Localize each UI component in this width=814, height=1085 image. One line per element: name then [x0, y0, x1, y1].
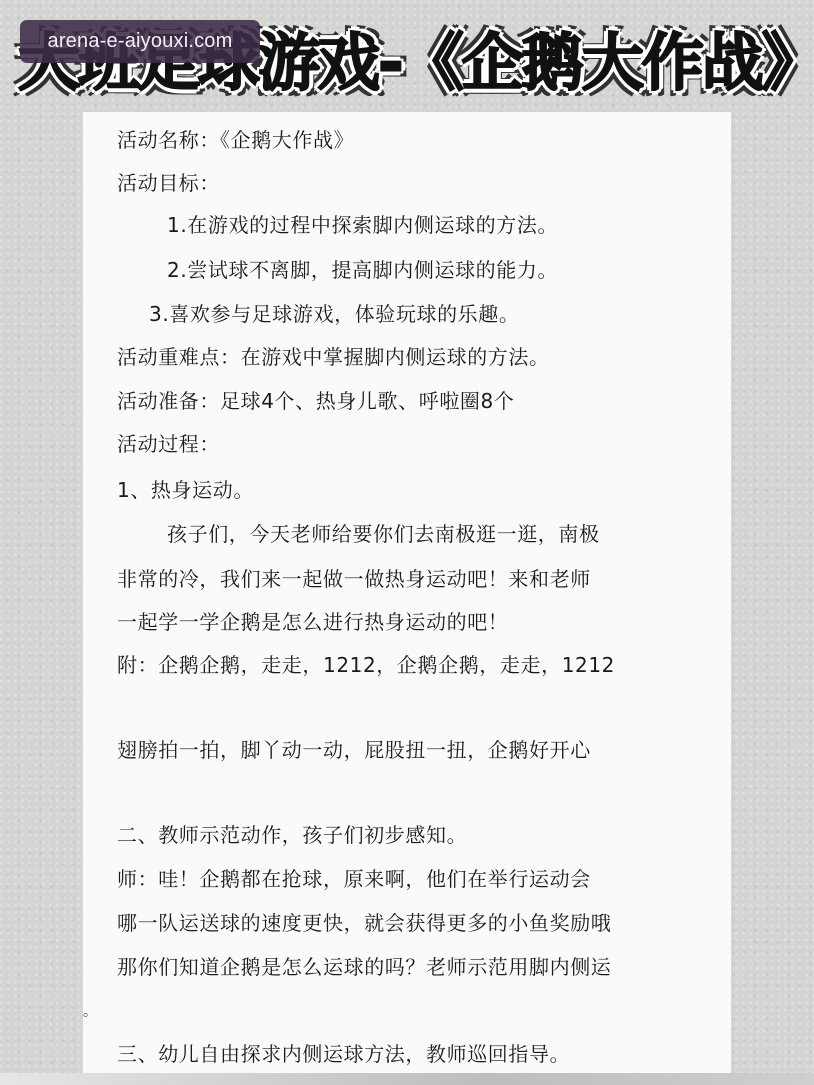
document-card: 活动名称：《企鹅大作战》 活动目标： 1.在游戏的过程中探索脚内侧运球的方法。 …: [83, 112, 731, 1075]
paragraph-line: 孩子们，今天老师给要你们去南极逛一逛，南极: [167, 520, 600, 548]
goal-item-1: 1.在游戏的过程中探索脚内侧运球的方法。: [167, 211, 558, 239]
goal-item-2: 2.尝试球不离脚，提高脚内侧运球的能力。: [167, 256, 558, 284]
process-heading: 活动过程：: [117, 430, 220, 458]
background-edge: [0, 1073, 814, 1085]
goal-item-3: 3.喜欢参与足球游戏，体验玩球的乐趣。: [149, 300, 519, 328]
paragraph-line: 师：哇！企鹅都在抢球，原来啊，他们在举行运动会: [117, 865, 591, 893]
activity-goals-heading: 活动目标：: [117, 169, 220, 197]
paragraph-line: 那你们知道企鹅是怎么运球的吗？老师示范用脚内侧运: [117, 953, 611, 981]
watermark-badge: arena-e-aiyouxi.com: [20, 20, 260, 63]
preparation: 活动准备：足球4个、热身儿歌、呼啦圈8个: [117, 387, 514, 415]
step-1-heading: 1、热身运动。: [117, 476, 254, 504]
paragraph-line: 非常的冷，我们来一起做一做热身运动吧！来和老师: [117, 565, 591, 593]
paragraph-line: 哪一队运送球的速度更快，就会获得更多的小鱼奖励哦: [117, 909, 611, 937]
stray-period: 。: [83, 998, 98, 1026]
rhyme-line-1: 附：企鹅企鹅，走走，1212，企鹅企鹅，走走，1212: [117, 651, 615, 679]
activity-name: 活动名称：《企鹅大作战》: [117, 126, 354, 154]
paragraph-line: 一起学一学企鹅是怎么进行热身运动的吧！: [117, 608, 508, 636]
key-points: 活动重难点：在游戏中掌握脚内侧运球的方法。: [117, 343, 550, 371]
step-2-heading: 二、教师示范动作，孩子们初步感知。: [117, 821, 467, 849]
rhyme-line-2: 翅膀拍一拍，脚丫动一动，屁股扭一扭，企鹅好开心: [117, 736, 591, 764]
step-3-heading: 三、幼儿自由探求内侧运球方法，教师巡回指导。: [117, 1040, 570, 1068]
